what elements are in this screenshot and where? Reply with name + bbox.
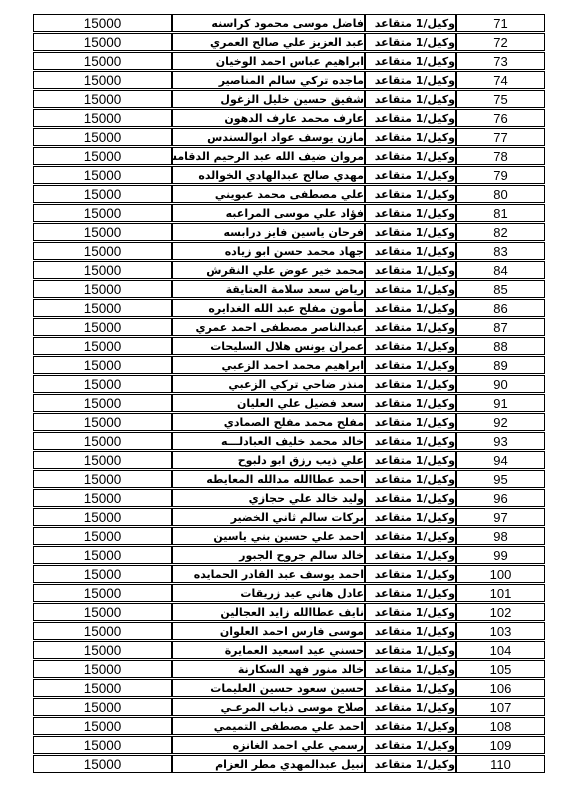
row-number-cell: 87 xyxy=(456,318,545,336)
salary-cell: 15000 xyxy=(33,52,172,70)
salary-cell: 15000 xyxy=(33,318,172,336)
rank-cell: وكيل/1 متقاعد xyxy=(365,356,456,374)
row-number-cell: 77 xyxy=(456,128,545,146)
rank-cell: وكيل/1 متقاعد xyxy=(365,299,456,317)
name-cell: عبدالناصر مصطفى احمد عمري xyxy=(172,318,365,336)
salary-cell: 15000 xyxy=(33,755,172,773)
salary-cell: 15000 xyxy=(33,622,172,640)
table-row: 73 وكيل/1 متقاعد ابراهيم عباس احمد الوخي… xyxy=(33,52,545,70)
salary-cell: 15000 xyxy=(33,90,172,108)
table-row: 98 وكيل/1 متقاعد احمد علي حسين بني ياسين… xyxy=(33,527,545,545)
name-cell: احمد عطاالله مدالله المعايطه xyxy=(172,470,365,488)
table-row: 88 وكيل/1 متقاعد عمران يونس هلال السليحا… xyxy=(33,337,545,355)
salary-cell: 15000 xyxy=(33,584,172,602)
row-number-cell: 79 xyxy=(456,166,545,184)
rank-cell: وكيل/1 متقاعد xyxy=(365,375,456,393)
name-cell: سعد فضيل علي العليان xyxy=(172,394,365,412)
salary-cell: 15000 xyxy=(33,33,172,51)
rank-cell: وكيل/1 متقاعد xyxy=(365,489,456,507)
salary-cell: 15000 xyxy=(33,679,172,697)
salary-cell: 15000 xyxy=(33,223,172,241)
rank-cell: وكيل/1 متقاعد xyxy=(365,470,456,488)
rank-cell: وكيل/1 متقاعد xyxy=(365,14,456,32)
name-cell: ابراهيم محمد احمد الزعبي xyxy=(172,356,365,374)
rank-cell: وكيل/1 متقاعد xyxy=(365,166,456,184)
table-row: 100 وكيل/1 متقاعد احمد يوسف عبد القادر ا… xyxy=(33,565,545,583)
name-cell: محمد خير عوض علي النقرش xyxy=(172,261,365,279)
row-number-cell: 102 xyxy=(456,603,545,621)
rank-cell: وكيل/1 متقاعد xyxy=(365,147,456,165)
name-cell: منذر ضاحي تركي الزعبي xyxy=(172,375,365,393)
rank-cell: وكيل/1 متقاعد xyxy=(365,280,456,298)
salary-cell: 15000 xyxy=(33,717,172,735)
rank-cell: وكيل/1 متقاعد xyxy=(365,413,456,431)
name-cell: فاضل موسى محمود كراسنه xyxy=(172,14,365,32)
salary-cell: 15000 xyxy=(33,185,172,203)
row-number-cell: 93 xyxy=(456,432,545,450)
name-cell: بركات سالم ثاني الخضير xyxy=(172,508,365,526)
row-number-cell: 72 xyxy=(456,33,545,51)
table-row: 76 وكيل/1 متقاعد عارف محمد عارف الدهون 1… xyxy=(33,109,545,127)
rank-cell: وكيل/1 متقاعد xyxy=(365,223,456,241)
row-number-cell: 90 xyxy=(456,375,545,393)
row-number-cell: 88 xyxy=(456,337,545,355)
salary-cell: 15000 xyxy=(33,71,172,89)
rank-cell: وكيل/1 متقاعد xyxy=(365,337,456,355)
rank-cell: وكيل/1 متقاعد xyxy=(365,527,456,545)
rank-cell: وكيل/1 متقاعد xyxy=(365,660,456,678)
name-cell: خالد محمد خليف العبادلـــه xyxy=(172,432,365,450)
salary-cell: 15000 xyxy=(33,451,172,469)
salary-cell: 15000 xyxy=(33,413,172,431)
table-row: 89 وكيل/1 متقاعد ابراهيم محمد احمد الزعب… xyxy=(33,356,545,374)
salary-cell: 15000 xyxy=(33,546,172,564)
name-cell: نبيل عبدالمهدي مطر العزام xyxy=(172,755,365,773)
table-row: 75 وكيل/1 متقاعد شفيق حسين خليل الزغول 1… xyxy=(33,90,545,108)
salary-cell: 15000 xyxy=(33,565,172,583)
table-row: 83 وكيل/1 متقاعد جهاد محمد حسن ابو زياده… xyxy=(33,242,545,260)
row-number-cell: 108 xyxy=(456,717,545,735)
name-cell: وليد خالد علي حجازي xyxy=(172,489,365,507)
table-row: 80 وكيل/1 متقاعد علي مصطفى محمد عبويني 1… xyxy=(33,185,545,203)
salary-cell: 15000 xyxy=(33,261,172,279)
rank-cell: وكيل/1 متقاعد xyxy=(365,755,456,773)
rank-cell: وكيل/1 متقاعد xyxy=(365,641,456,659)
rank-cell: وكيل/1 متقاعد xyxy=(365,451,456,469)
salary-cell: 15000 xyxy=(33,166,172,184)
row-number-cell: 105 xyxy=(456,660,545,678)
name-cell: فؤاد علي موسى المراعبه xyxy=(172,204,365,222)
name-cell: جهاد محمد حسن ابو زياده xyxy=(172,242,365,260)
row-number-cell: 98 xyxy=(456,527,545,545)
name-cell: رسمي علي احمد الغانزه xyxy=(172,736,365,754)
table-row: 99 وكيل/1 متقاعد خالد سالم جروح الجبور 1… xyxy=(33,546,545,564)
salary-cell: 15000 xyxy=(33,147,172,165)
table-row: 107 وكيل/1 متقاعد صلاح موسى ذياب المرعـي… xyxy=(33,698,545,716)
row-number-cell: 106 xyxy=(456,679,545,697)
table-row: 92 وكيل/1 متقاعد مفلح محمد مفلح الصمادي … xyxy=(33,413,545,431)
salary-cell: 15000 xyxy=(33,375,172,393)
row-number-cell: 81 xyxy=(456,204,545,222)
salary-cell: 15000 xyxy=(33,432,172,450)
table-row: 90 وكيل/1 متقاعد منذر ضاحي تركي الزعبي 1… xyxy=(33,375,545,393)
salary-cell: 15000 xyxy=(33,698,172,716)
table-row: 79 وكيل/1 متقاعد مهدي صالح عبدالهادي الخ… xyxy=(33,166,545,184)
salary-cell: 15000 xyxy=(33,109,172,127)
table-row: 103 وكيل/1 متقاعد موسى فارس احمد العلوان… xyxy=(33,622,545,640)
row-number-cell: 91 xyxy=(456,394,545,412)
name-cell: فرحان ياسين فايز درابسه xyxy=(172,223,365,241)
salary-cell: 15000 xyxy=(33,356,172,374)
name-cell: مفلح محمد مفلح الصمادي xyxy=(172,413,365,431)
rank-cell: وكيل/1 متقاعد xyxy=(365,109,456,127)
name-cell: عارف محمد عارف الدهون xyxy=(172,109,365,127)
rank-cell: وكيل/1 متقاعد xyxy=(365,71,456,89)
name-cell: حسني عيد اسعيد العمايرة xyxy=(172,641,365,659)
row-number-cell: 76 xyxy=(456,109,545,127)
table-row: 110 وكيل/1 متقاعد نبيل عبدالمهدي مطر الع… xyxy=(33,755,545,773)
rank-cell: وكيل/1 متقاعد xyxy=(365,394,456,412)
table-row: 78 وكيل/1 متقاعد مروان ضيف الله عبد الرح… xyxy=(33,147,545,165)
salary-cell: 15000 xyxy=(33,204,172,222)
salary-cell: 15000 xyxy=(33,736,172,754)
row-number-cell: 86 xyxy=(456,299,545,317)
salary-cell: 15000 xyxy=(33,394,172,412)
rank-cell: وكيل/1 متقاعد xyxy=(365,584,456,602)
table-row: 71 وكيل/1 متقاعد فاضل موسى محمود كراسنه … xyxy=(33,14,545,32)
rank-cell: وكيل/1 متقاعد xyxy=(365,128,456,146)
table-row: 96 وكيل/1 متقاعد وليد خالد علي حجازي 150… xyxy=(33,489,545,507)
row-number-cell: 97 xyxy=(456,508,545,526)
table-row: 84 وكيل/1 متقاعد محمد خير عوض علي النقرش… xyxy=(33,261,545,279)
row-number-cell: 80 xyxy=(456,185,545,203)
name-cell: خالد سالم جروح الجبور xyxy=(172,546,365,564)
table-row: 72 وكيل/1 متقاعد عبد العزيز علي صالح الع… xyxy=(33,33,545,51)
salary-cell: 15000 xyxy=(33,337,172,355)
name-cell: عبد العزيز علي صالح العمري xyxy=(172,33,365,51)
rank-cell: وكيل/1 متقاعد xyxy=(365,508,456,526)
table-row: 86 وكيل/1 متقاعد مأمون مفلح عبد الله الغ… xyxy=(33,299,545,317)
name-cell: حسين سعود حسين العليمات xyxy=(172,679,365,697)
row-number-cell: 84 xyxy=(456,261,545,279)
rank-cell: وكيل/1 متقاعد xyxy=(365,679,456,697)
table-row: 93 وكيل/1 متقاعد خالد محمد خليف العبادلـ… xyxy=(33,432,545,450)
row-number-cell: 100 xyxy=(456,565,545,583)
row-number-cell: 73 xyxy=(456,52,545,70)
table-row: 85 وكيل/1 متقاعد رياض سعد سلامة العتايقة… xyxy=(33,280,545,298)
retirees-table: 71 وكيل/1 متقاعد فاضل موسى محمود كراسنه … xyxy=(33,13,545,774)
row-number-cell: 75 xyxy=(456,90,545,108)
row-number-cell: 89 xyxy=(456,356,545,374)
salary-cell: 15000 xyxy=(33,641,172,659)
table-row: 81 وكيل/1 متقاعد فؤاد علي موسى المراعبه … xyxy=(33,204,545,222)
row-number-cell: 71 xyxy=(456,14,545,32)
row-number-cell: 82 xyxy=(456,223,545,241)
salary-cell: 15000 xyxy=(33,489,172,507)
row-number-cell: 85 xyxy=(456,280,545,298)
name-cell: مازن يوسف عواد ابوالسندس xyxy=(172,128,365,146)
row-number-cell: 95 xyxy=(456,470,545,488)
row-number-cell: 99 xyxy=(456,546,545,564)
name-cell: رياض سعد سلامة العتايقة xyxy=(172,280,365,298)
table-row: 95 وكيل/1 متقاعد احمد عطاالله مدالله الم… xyxy=(33,470,545,488)
table-row: 77 وكيل/1 متقاعد مازن يوسف عواد ابوالسند… xyxy=(33,128,545,146)
table-row: 101 وكيل/1 متقاعد عادل هاني عيد زريقات 1… xyxy=(33,584,545,602)
table-row: 74 وكيل/1 متقاعد ماجده تركي سالم المناصي… xyxy=(33,71,545,89)
table-row: 105 وكيل/1 متقاعد خالد منور فهد السكارنة… xyxy=(33,660,545,678)
rank-cell: وكيل/1 متقاعد xyxy=(365,565,456,583)
salary-cell: 15000 xyxy=(33,603,172,621)
row-number-cell: 94 xyxy=(456,451,545,469)
row-number-cell: 103 xyxy=(456,622,545,640)
name-cell: صلاح موسى ذياب المرعـي xyxy=(172,698,365,716)
name-cell: مروان ضيف الله عبد الرحيم الدقامسه xyxy=(172,147,365,165)
salary-cell: 15000 xyxy=(33,280,172,298)
salary-cell: 15000 xyxy=(33,14,172,32)
rank-cell: وكيل/1 متقاعد xyxy=(365,90,456,108)
salary-cell: 15000 xyxy=(33,508,172,526)
rank-cell: وكيل/1 متقاعد xyxy=(365,622,456,640)
table-row: 94 وكيل/1 متقاعد علي ذيب رزق ابو دلبوح 1… xyxy=(33,451,545,469)
rank-cell: وكيل/1 متقاعد xyxy=(365,546,456,564)
row-number-cell: 83 xyxy=(456,242,545,260)
rank-cell: وكيل/1 متقاعد xyxy=(365,185,456,203)
table-row: 97 وكيل/1 متقاعد بركات سالم ثاني الخضير … xyxy=(33,508,545,526)
name-cell: مأمون مفلح عبد الله الغدايره xyxy=(172,299,365,317)
table-row: 104 وكيل/1 متقاعد حسني عيد اسعيد العماير… xyxy=(33,641,545,659)
rank-cell: وكيل/1 متقاعد xyxy=(365,33,456,51)
name-cell: احمد علي مصطفى التميمي xyxy=(172,717,365,735)
rank-cell: وكيل/1 متقاعد xyxy=(365,698,456,716)
rank-cell: وكيل/1 متقاعد xyxy=(365,204,456,222)
table-row: 91 وكيل/1 متقاعد سعد فضيل علي العليان 15… xyxy=(33,394,545,412)
rank-cell: وكيل/1 متقاعد xyxy=(365,242,456,260)
document-page: 71 وكيل/1 متقاعد فاضل موسى محمود كراسنه … xyxy=(0,0,563,792)
retirees-table-body: 71 وكيل/1 متقاعد فاضل موسى محمود كراسنه … xyxy=(33,14,545,773)
name-cell: نايف عطاالله زايد العجالين xyxy=(172,603,365,621)
salary-cell: 15000 xyxy=(33,242,172,260)
name-cell: ابراهيم عباس احمد الوخيان xyxy=(172,52,365,70)
rank-cell: وكيل/1 متقاعد xyxy=(365,432,456,450)
row-number-cell: 109 xyxy=(456,736,545,754)
row-number-cell: 96 xyxy=(456,489,545,507)
name-cell: احمد يوسف عبد القادر الحمايده xyxy=(172,565,365,583)
name-cell: موسى فارس احمد العلوان xyxy=(172,622,365,640)
table-row: 106 وكيل/1 متقاعد حسين سعود حسين العليما… xyxy=(33,679,545,697)
name-cell: مهدي صالح عبدالهادي الخوالده xyxy=(172,166,365,184)
name-cell: علي ذيب رزق ابو دلبوح xyxy=(172,451,365,469)
rank-cell: وكيل/1 متقاعد xyxy=(365,603,456,621)
row-number-cell: 110 xyxy=(456,755,545,773)
table-row: 82 وكيل/1 متقاعد فرحان ياسين فايز درابسه… xyxy=(33,223,545,241)
table-row: 108 وكيل/1 متقاعد احمد علي مصطفى التميمي… xyxy=(33,717,545,735)
salary-cell: 15000 xyxy=(33,470,172,488)
row-number-cell: 101 xyxy=(456,584,545,602)
name-cell: احمد علي حسين بني ياسين xyxy=(172,527,365,545)
rank-cell: وكيل/1 متقاعد xyxy=(365,318,456,336)
row-number-cell: 107 xyxy=(456,698,545,716)
rank-cell: وكيل/1 متقاعد xyxy=(365,52,456,70)
salary-cell: 15000 xyxy=(33,128,172,146)
name-cell: عمران يونس هلال السليحات xyxy=(172,337,365,355)
row-number-cell: 104 xyxy=(456,641,545,659)
name-cell: شفيق حسين خليل الزغول xyxy=(172,90,365,108)
row-number-cell: 92 xyxy=(456,413,545,431)
salary-cell: 15000 xyxy=(33,527,172,545)
rank-cell: وكيل/1 متقاعد xyxy=(365,736,456,754)
row-number-cell: 74 xyxy=(456,71,545,89)
table-row: 102 وكيل/1 متقاعد نايف عطاالله زايد العج… xyxy=(33,603,545,621)
table-row: 87 وكيل/1 متقاعد عبدالناصر مصطفى احمد عم… xyxy=(33,318,545,336)
row-number-cell: 78 xyxy=(456,147,545,165)
rank-cell: وكيل/1 متقاعد xyxy=(365,717,456,735)
name-cell: عادل هاني عيد زريقات xyxy=(172,584,365,602)
salary-cell: 15000 xyxy=(33,299,172,317)
rank-cell: وكيل/1 متقاعد xyxy=(365,261,456,279)
name-cell: خالد منور فهد السكارنة xyxy=(172,660,365,678)
table-row: 109 وكيل/1 متقاعد رسمي علي احمد الغانزه … xyxy=(33,736,545,754)
name-cell: ماجده تركي سالم المناصير xyxy=(172,71,365,89)
salary-cell: 15000 xyxy=(33,660,172,678)
name-cell: علي مصطفى محمد عبويني xyxy=(172,185,365,203)
